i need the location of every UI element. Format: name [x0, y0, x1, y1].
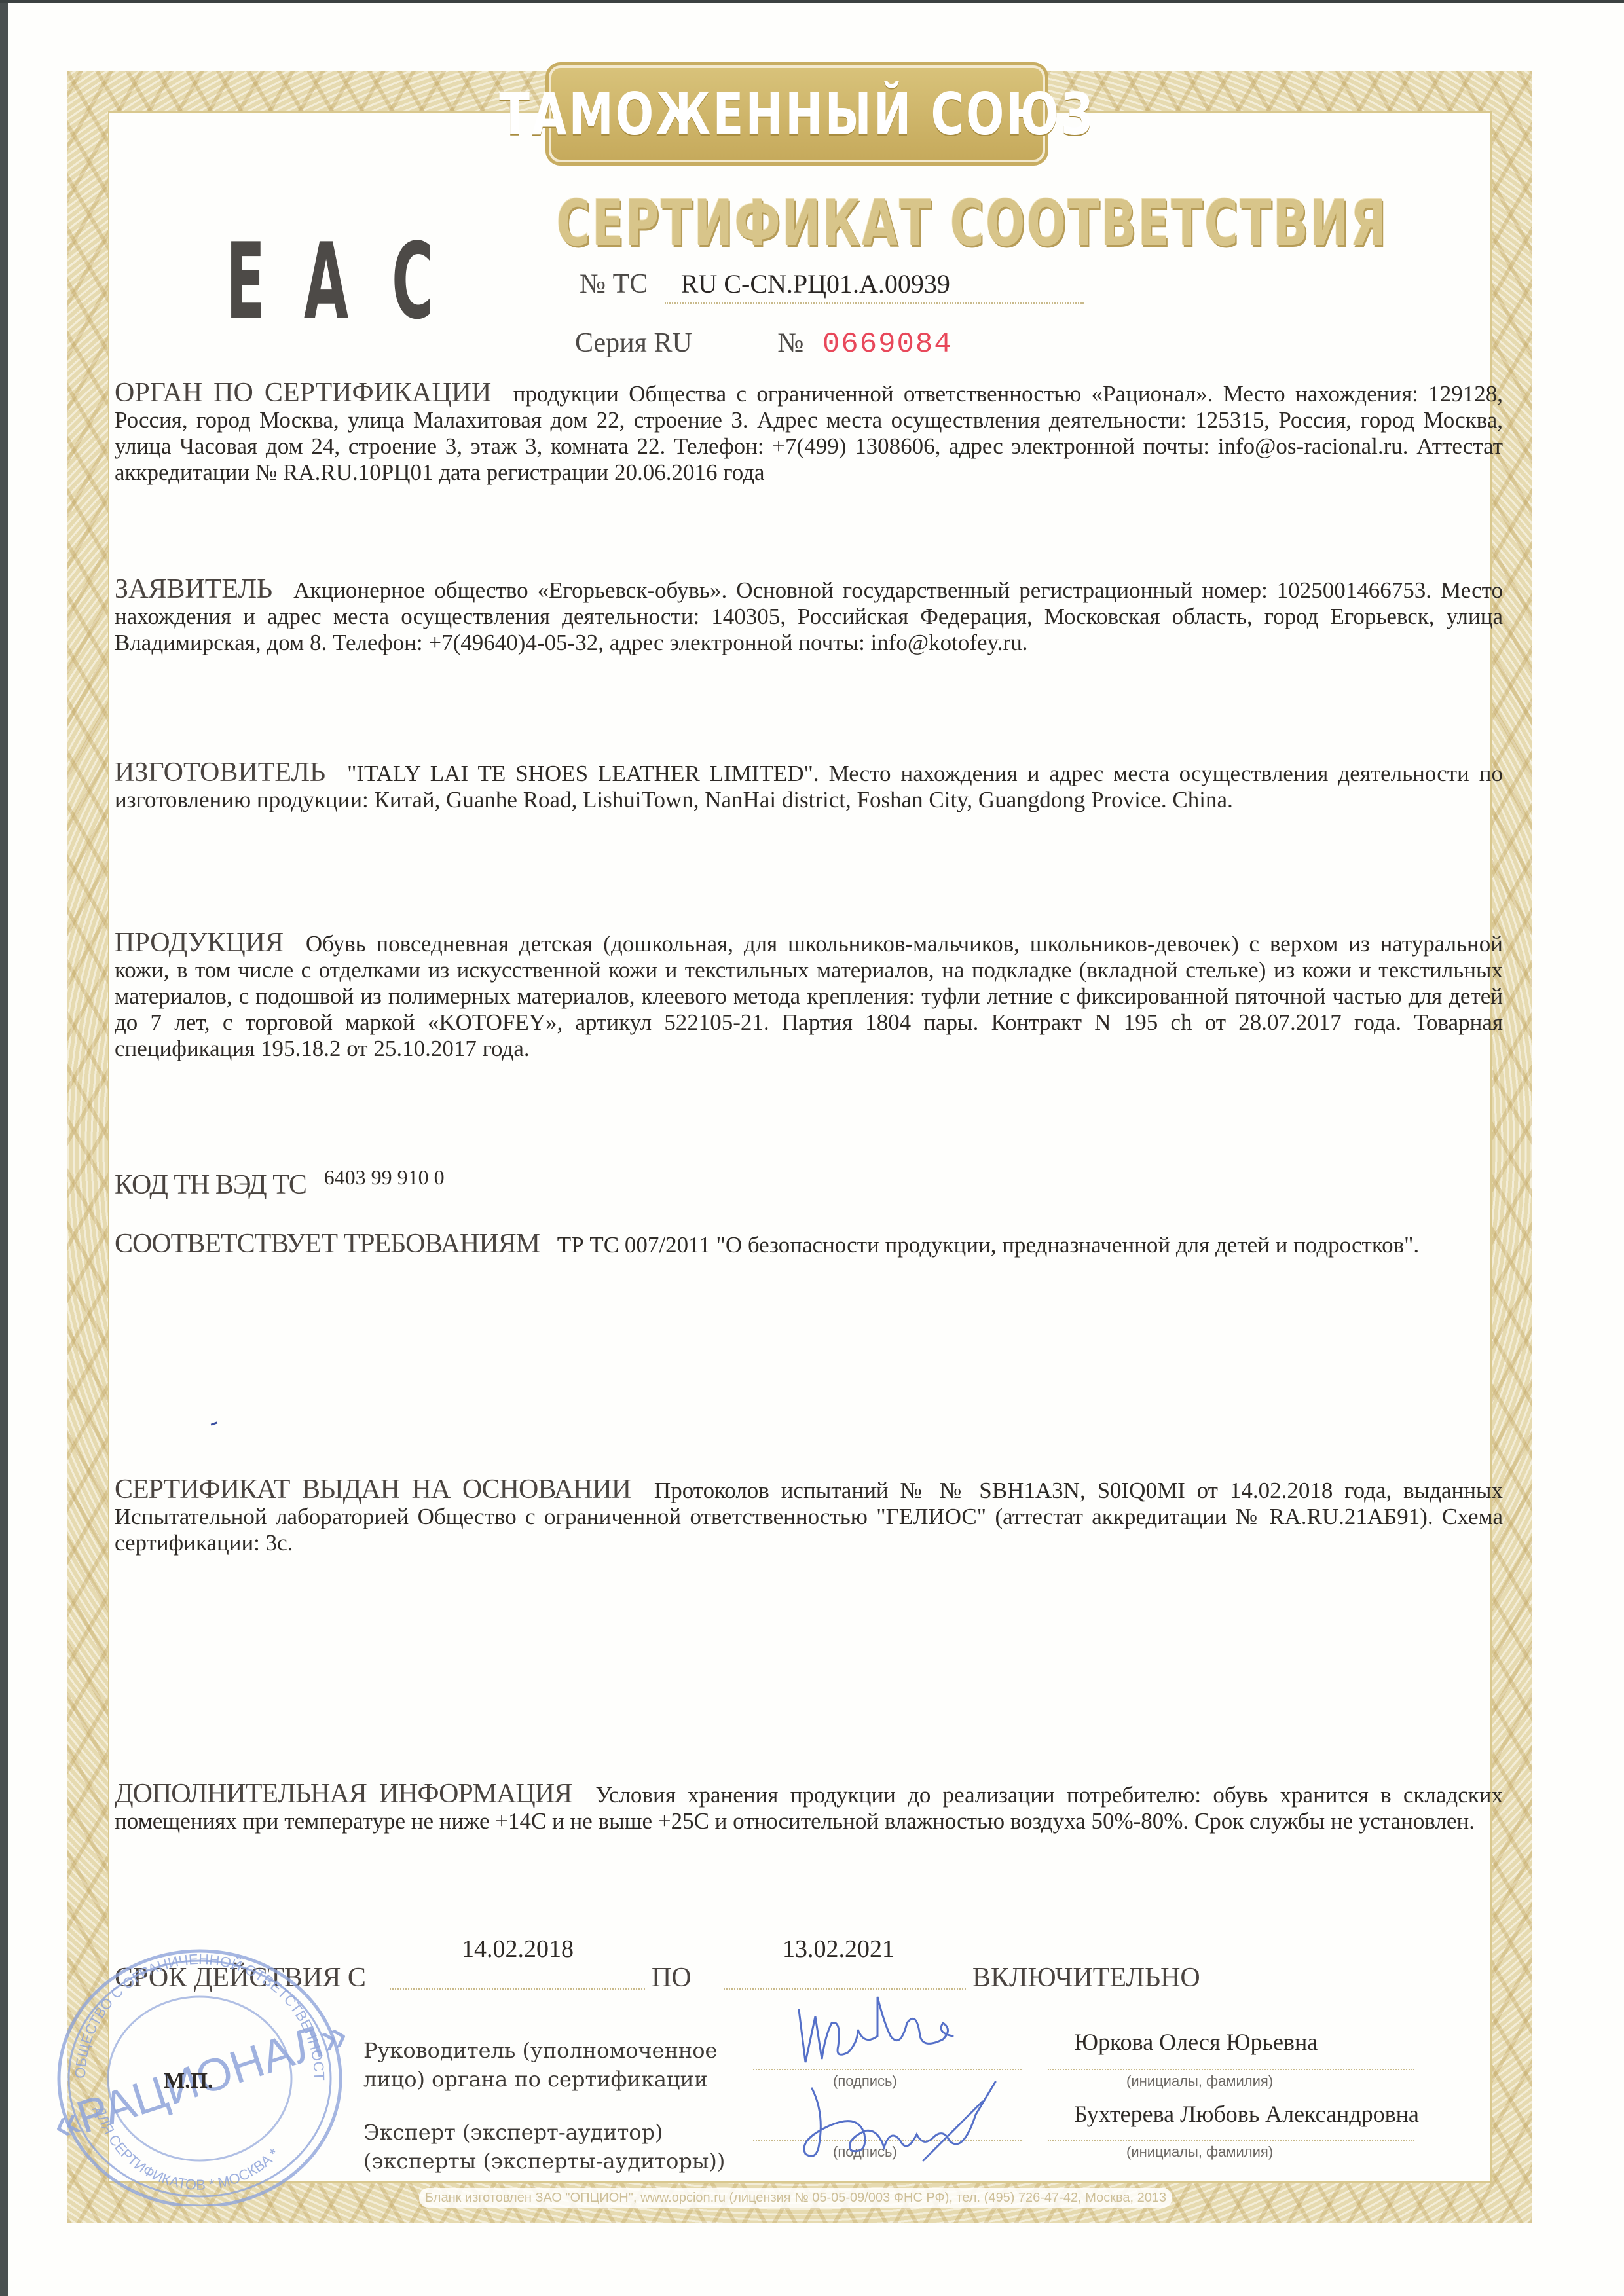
expert-name: Бухтерева Любовь Александровна — [1074, 2100, 1419, 2128]
series-number: Серия RU № 0669084 — [575, 327, 953, 361]
section-applicant: ЗАЯВИТЕЛЬ Акционерное общество «Егорьевс… — [115, 576, 1503, 656]
section-label: КОД ТН ВЭД ТС — [115, 1170, 306, 1200]
section-text: ТР ТС 007/2011 "О безопасности продукции… — [557, 1232, 1419, 1258]
section-text: Обувь повседневная детская (дошкольная, … — [115, 931, 1503, 1061]
tc-number-label: № ТС — [580, 269, 648, 299]
section-manufacturer: ИЗГОТОВИТЕЛЬ "ITALY LAI TE SHOES LEATHER… — [115, 759, 1503, 813]
section-additional-info: ДОПОЛНИТЕЛЬНАЯ ИНФОРМАЦИЯ Условия хранен… — [115, 1781, 1503, 1834]
customs-union-banner: ТАМОЖЕННЫЙ СОЮЗ — [549, 65, 1045, 162]
head-name-line — [1048, 2069, 1414, 2070]
section-hs-code: КОД ТН ВЭД ТС 6403 99 910 0 — [115, 1172, 1503, 1199]
tc-number-underline — [665, 302, 1084, 304]
tc-number: № ТС RU C-CN.РЦ01.А.00939 — [580, 268, 950, 300]
eac-letter: C — [392, 236, 434, 327]
eac-letter: A — [304, 236, 348, 327]
section-text: Акционерное общество «Егорьевск-обувь». … — [115, 577, 1503, 655]
form-printer-note: Бланк изготовлен ЗАО "ОПЦИОН", www.opcio… — [419, 2188, 1172, 2208]
stamp-place-label: М.П. — [164, 2069, 213, 2094]
name-caption: (инициалы, фамилия) — [1126, 2073, 1273, 2090]
certificate-title: СЕРТИФИКАТ СООТВЕТСТВИЯ — [557, 187, 1114, 260]
tc-number-value: RU C-CN.РЦ01.А.00939 — [681, 269, 950, 299]
section-label: ОРГАН ПО СЕРТИФИКАЦИИ — [115, 378, 491, 408]
section-label: СООТВЕТСТВУЕТ ТРЕБОВАНИЯМ — [115, 1229, 540, 1259]
hs-code-value: 6403 99 910 0 — [324, 1165, 445, 1189]
validity-from-date: 14.02.2018 — [462, 1935, 574, 1963]
customs-union-title: ТАМОЖЕННЫЙ СОЮЗ — [499, 81, 1095, 148]
from-date-line — [390, 1988, 645, 1990]
section-product: ПРОДУКЦИЯ Обувь повседневная детская (до… — [115, 930, 1503, 1062]
validity-inclusive-label: ВКЛЮЧИТЕЛЬНО — [972, 1962, 1200, 1994]
eac-logo-icon: E A C — [226, 236, 321, 327]
section-label: ПРОДУКЦИЯ — [115, 928, 284, 958]
section-basis: СЕРТИФИКАТ ВЫДАН НА ОСНОВАНИИ Протоколов… — [115, 1476, 1503, 1556]
section-standards: СООТВЕТСТВУЕТ ТРЕБОВАНИЯМ ТР ТС 007/2011… — [115, 1231, 1503, 1258]
expert-name-line — [1048, 2140, 1414, 2141]
eac-letter: E — [226, 236, 265, 327]
section-label: ДОПОЛНИТЕЛЬНАЯ ИНФОРМАЦИЯ — [115, 1779, 572, 1809]
section-label: ИЗГОТОВИТЕЛЬ — [115, 757, 325, 788]
validity-to-date: 13.02.2021 — [783, 1935, 895, 1963]
series-label: Серия RU — [575, 328, 692, 358]
series-no-label: № — [777, 328, 803, 358]
validity-to-label: ПО — [652, 1962, 692, 1994]
head-signature-icon — [786, 1984, 982, 2082]
section-label: СЕРТИФИКАТ ВЫДАН НА ОСНОВАНИИ — [115, 1474, 631, 1504]
head-name: Юркова Олеся Юрьевна — [1074, 2028, 1318, 2056]
expert-signature-icon — [786, 2075, 1022, 2174]
section-certification-body: ОРГАН ПО СЕРТИФИКАЦИИ продукции Общества… — [115, 380, 1503, 486]
expert-label: Эксперт (эксперт-аудитор) (эксперты (экс… — [363, 2118, 725, 2176]
name-caption: (инициалы, фамилия) — [1126, 2143, 1273, 2160]
scan-edge — [0, 0, 8, 2296]
series-no-value: 0669084 — [822, 328, 953, 361]
head-of-body-label: Руководитель (уполномоченное лицо) орган… — [363, 2036, 717, 2094]
section-label: ЗАЯВИТЕЛЬ — [115, 574, 272, 604]
